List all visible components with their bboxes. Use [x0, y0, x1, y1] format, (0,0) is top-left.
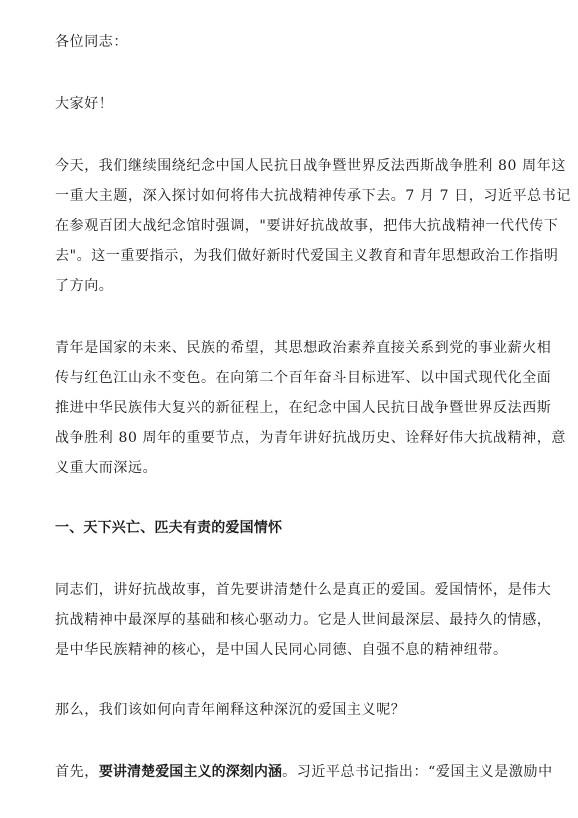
paragraph-line: 去"。这一重要指示，为我们做好新时代爱国主义教育和青年思想政治工作指明: [55, 247, 529, 265]
paragraph-line: 战争胜利 80 周年的重要节点，为青年讲好抗战历史、诠释好伟大抗战精神，意: [55, 429, 529, 447]
paragraph-line: 青年是国家的未来、民族的希望，其思想政治素养直接关系到党的事业薪火相: [55, 339, 529, 357]
question-line: 那么，我们该如何向青年阐释这种深沉的爱国主义呢？: [55, 701, 529, 719]
paragraph-line: 今天，我们继续围绕纪念中国人民抗日战争暨世界反法西斯战争胜利 80 周年这: [55, 157, 529, 175]
paragraph-line: 是中华民族精神的核心，是中国人民同心同德、自强不息的精神纽带。: [55, 641, 529, 659]
paragraph-line: 同志们，讲好抗战故事，首先要讲清楚什么是真正的爱国。爱国情怀，是伟大: [55, 581, 529, 599]
paragraph-line: 传与红色江山永不变色。在向第二个百年奋斗目标进军、以中国式现代化全面: [55, 369, 529, 387]
paragraph-line: 在参观百团大战纪念馆时强调，"要讲好抗战故事，把伟大抗战精神一代代传下: [55, 217, 529, 235]
salutation: 各位同志：: [55, 33, 529, 51]
section-heading: 一、天下兴亡、匹夫有责的爱国情怀: [55, 519, 529, 537]
paragraph-line: 抗战精神中最深厚的基础和核心驱动力。它是人世间最深层、最持久的情感，: [55, 611, 529, 629]
greeting: 大家好！: [55, 95, 529, 113]
paragraph-line: 了方向。: [55, 277, 529, 295]
last-line-prefix: 首先，: [55, 764, 99, 780]
paragraph-line: 一重大主题，深入探讨如何将伟大抗战精神传承下去。7 月 7 日，习近平总书记: [55, 187, 529, 205]
paragraph-line: 推进中华民族伟大复兴的新征程上，在纪念中国人民抗日战争暨世界反法西斯: [55, 399, 529, 417]
last-line: 首先，要讲清楚爱国主义的深刻内涵。习近平总书记指出：“爱国主义是激励中: [55, 763, 529, 781]
last-line-suffix: 。习近平总书记指出：“爱国主义是激励中: [282, 764, 553, 780]
emphasis-text: 要讲清楚爱国主义的深刻内涵: [99, 764, 282, 780]
paragraph-line: 义重大而深远。: [55, 459, 529, 477]
